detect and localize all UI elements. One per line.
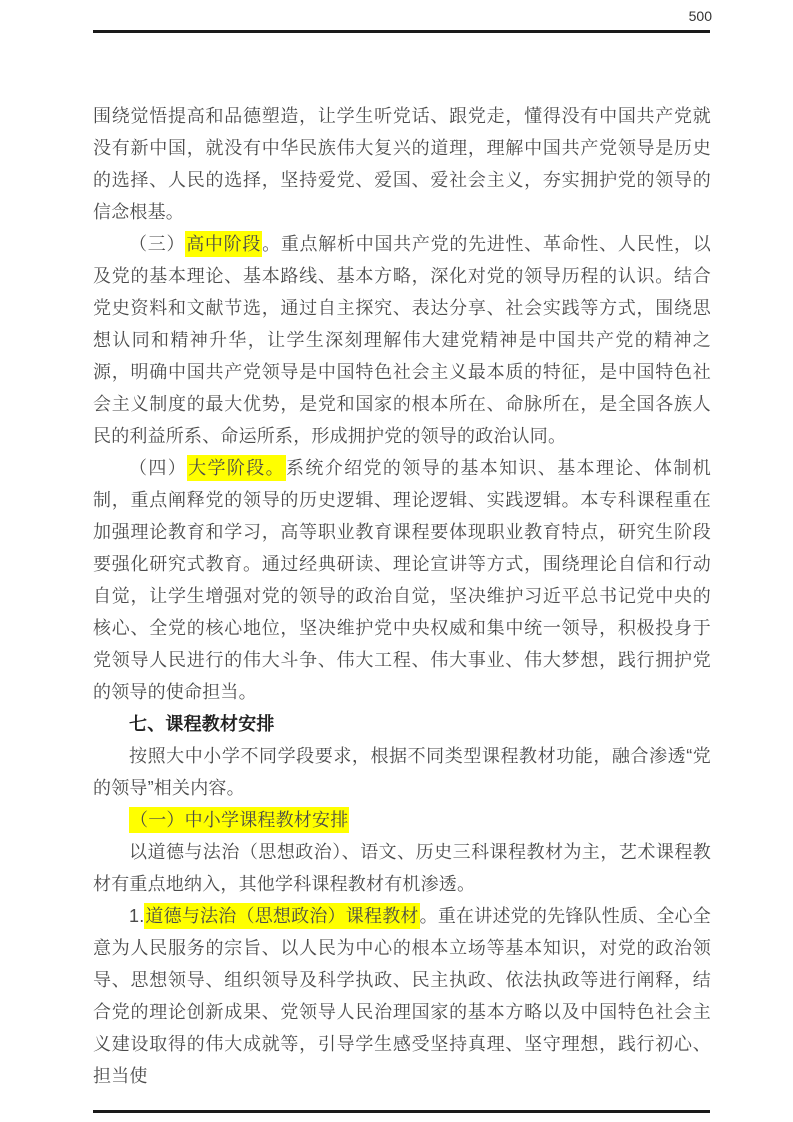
- highlighted-text: 高中阶段: [185, 231, 262, 257]
- paragraph-morality-law-textbook: 1.道德与法治（思想政治）课程教材。重在讲述党的先锋队性质、全心全意为人民服务的…: [93, 900, 711, 1092]
- text-run: 围绕觉悟提高和品德塑造，让学生听党话、跟党走，懂得没有中国共产党就没有新中国，就…: [93, 106, 711, 222]
- document-content: 围绕觉悟提高和品德塑造，让学生听党话、跟党走，懂得没有中国共产党就没有新中国，就…: [93, 100, 711, 1092]
- paragraph-k12-subjects: 以道德与法治（思想政治）、语文、历史三科课程教材为主，艺术课程教材有重点地纳入，…: [93, 836, 711, 900]
- text-run: 。重点解析中国共产党的先进性、革命性、人民性，以及党的基本理论、基本路线、基本方…: [93, 234, 711, 446]
- paragraph-primary-stage-tail: 围绕觉悟提高和品德塑造，让学生听党话、跟党走，懂得没有中国共产党就没有新中国，就…: [93, 100, 711, 228]
- section-heading-curriculum: 七、课程教材安排: [93, 708, 711, 740]
- text-run: 以道德与法治（思想政治）、语文、历史三科课程教材为主，艺术课程教材有重点地纳入，…: [93, 842, 711, 894]
- page-number: 500: [688, 8, 712, 24]
- text-run: 1.: [129, 906, 144, 926]
- text-run: 。重在讲述党的先锋队性质、全心全意为人民服务的宗旨、以人民为中心的根本立场等基本…: [93, 906, 711, 1086]
- text-run: （四）: [129, 458, 187, 478]
- paragraph-university-stage: （四）大学阶段。系统介绍党的领导的基本知识、基本理论、体制机制，重点阐释党的领导…: [93, 452, 711, 708]
- text-run: 按照大中小学不同学段要求，根据不同类型课程教材功能，融合渗透“党的领导”相关内容…: [93, 746, 711, 798]
- paragraph-curriculum-intro: 按照大中小学不同学段要求，根据不同类型课程教材功能，融合渗透“党的领导”相关内容…: [93, 740, 711, 804]
- highlighted-text: 大学阶段。: [187, 455, 286, 481]
- header-rule: [93, 30, 710, 33]
- footer-rule: [93, 1110, 710, 1113]
- text-run: 系统介绍党的领导的基本知识、基本理论、体制机制，重点阐释党的领导的历史逻辑、理论…: [93, 458, 711, 702]
- heading-text: 七、课程教材安排: [129, 714, 275, 734]
- paragraph-high-school-stage: （三）高中阶段。重点解析中国共产党的先进性、革命性、人民性，以及党的基本理论、基…: [93, 228, 711, 452]
- highlighted-text: （一）中小学课程教材安排: [129, 807, 349, 833]
- document-page: 500 围绕觉悟提高和品德塑造，让学生听党话、跟党走，懂得没有中国共产党就没有新…: [0, 0, 793, 1122]
- text-run: （三）: [129, 234, 185, 254]
- subsection-heading-k12: （一）中小学课程教材安排: [93, 804, 711, 836]
- highlighted-text: 道德与法治（思想政治）课程教材: [144, 903, 419, 929]
